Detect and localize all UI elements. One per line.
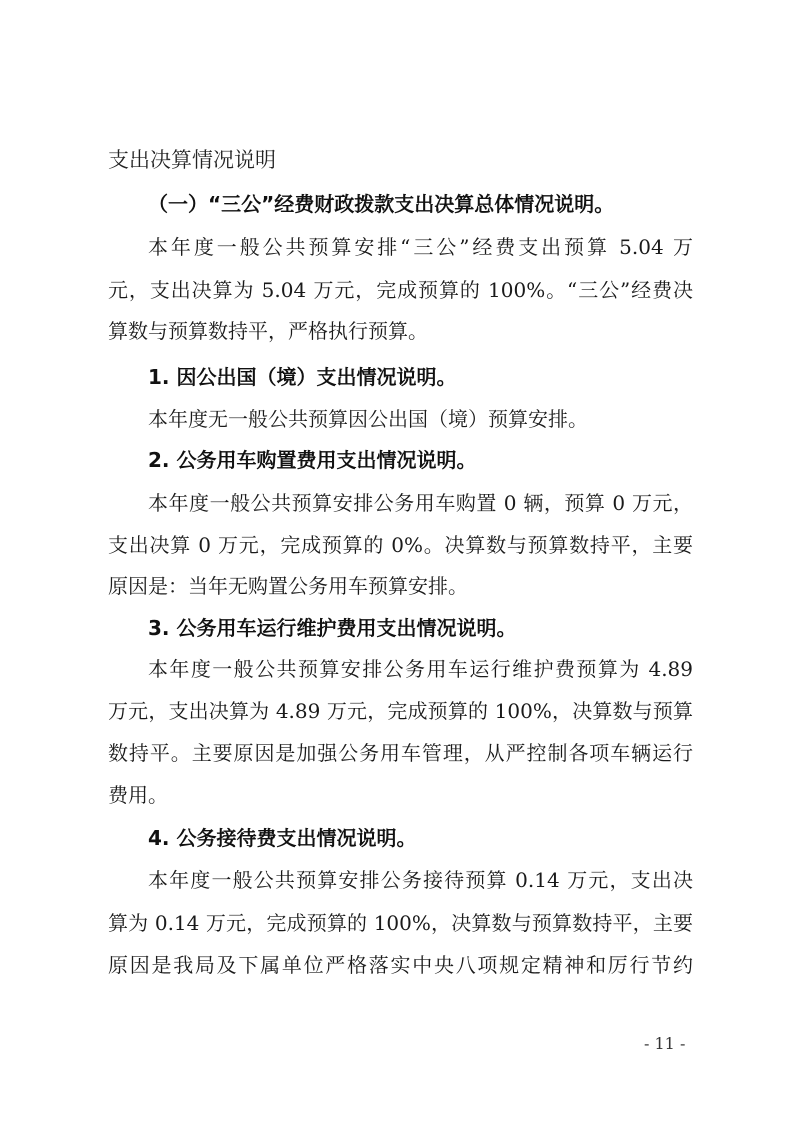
paragraph-line: 算为 0.14 万元，完成预算的 100%，决算数与预算数持平，主要 [108, 910, 693, 936]
paragraph-line: 本年度一般公共预算安排公务接待预算 0.14 万元，支出决 [148, 867, 693, 893]
subheading: （一）“三公”经费财政拨款支出决算总体情况说明。 [148, 191, 614, 217]
section-heading: 支出决算情况说明 [108, 147, 276, 173]
paragraph-line: 万元，支出决算为 4.89 万元，完成预算的 100%，决算数与预算 [108, 698, 693, 724]
item-title: 2. 公务用车购置费用支出情况说明。 [148, 447, 476, 473]
paragraph-line: 原因是：当年无购置公务用车预算安排。 [108, 573, 468, 599]
paragraph-line: 本年度一般公共预算安排公务用车运行维护费预算为 4.89 [148, 656, 693, 682]
paragraph-line: 支出决算 0 万元，完成预算的 0%。决算数与预算数持平，主要 [108, 532, 693, 558]
paragraph-line: 原因是我局及下属单位严格落实中央八项规定精神和厉行节约 [108, 952, 693, 978]
paragraph-line: 元，支出决算为 5.04 万元，完成预算的 100%。“三公”经费决 [108, 277, 693, 303]
item-title: 3. 公务用车运行维护费用支出情况说明。 [148, 615, 516, 641]
paragraph-line: 数持平。主要原因是加强公务用车管理，从严控制各项车辆运行 [108, 740, 693, 766]
paragraph-line: 本年度一般公共预算安排“三公”经费支出预算 5.04 万 [148, 234, 693, 260]
paragraph-line: 算数与预算数持平，严格执行预算。 [108, 318, 428, 344]
item-title: 4. 公务接待费支出情况说明。 [148, 825, 416, 851]
page-number: - 11 - [644, 1034, 685, 1053]
paragraph-line: 本年度无一般公共预算因公出国（境）预算安排。 [148, 406, 588, 432]
paragraph-line: 本年度一般公共预算安排公务用车购置 0 辆，预算 0 万元， [148, 490, 693, 516]
paragraph-line: 费用。 [108, 782, 168, 808]
item-title: 1. 因公出国（境）支出情况说明。 [148, 364, 456, 390]
